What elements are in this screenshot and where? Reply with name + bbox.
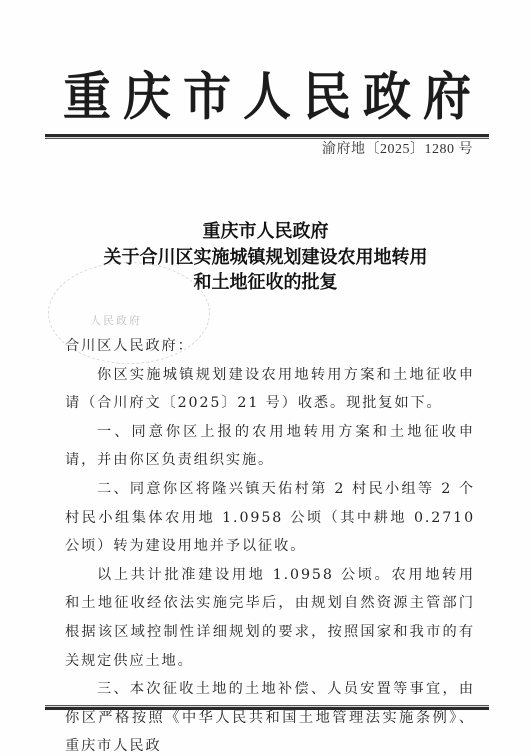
paragraph: 三、本次征收土地的土地补偿、人员安置等事宜，由你区严格按照《中华人民共和国土地管… bbox=[65, 675, 475, 756]
paragraph: 你区实施城镇规划建设农用地转用方案和土地征收申请（合川府文〔2025〕21 号）… bbox=[65, 361, 475, 418]
header-divider bbox=[45, 134, 489, 139]
document-body: 合川区人民政府： 你区实施城镇规划建设农用地转用方案和土地征收申请（合川府文〔2… bbox=[65, 332, 475, 756]
masthead-char: 市 bbox=[182, 65, 232, 130]
document-page: 重 庆 市 人 民 政 府 渝府地〔2025〕1280 号 重庆市人民政府 关于… bbox=[0, 0, 531, 756]
masthead-char: 民 bbox=[302, 65, 352, 130]
title-line-1: 重庆市人民政府 bbox=[0, 219, 531, 245]
masthead-char: 政 bbox=[362, 65, 412, 130]
paragraph: 以上共计批准建设用地 1.0958 公顷。农用地转用和土地征收经依法实施完毕后，… bbox=[65, 561, 475, 675]
title-line-2: 关于合川区实施城镇规划建设农用地转用 bbox=[0, 245, 531, 271]
masthead-char: 重 bbox=[62, 65, 112, 130]
masthead-char: 人 bbox=[242, 65, 292, 130]
masthead: 重 庆 市 人 民 政 府 bbox=[62, 66, 472, 128]
faint-seal-text: 人民政府 bbox=[90, 312, 142, 328]
paragraph: 一、同意你区上报的农用地转用方案和土地征收申请，并由你区负责组织实施。 bbox=[65, 418, 475, 475]
footer-divider bbox=[45, 705, 489, 710]
addressee: 合川区人民政府： bbox=[65, 332, 475, 361]
paragraph: 二、同意你区将隆兴镇天佑村第 2 村民小组等 2 个村民小组集体农用地 1.09… bbox=[65, 475, 475, 561]
masthead-char: 庆 bbox=[122, 65, 172, 130]
document-number: 渝府地〔2025〕1280 号 bbox=[322, 141, 473, 159]
masthead-char: 府 bbox=[422, 65, 472, 130]
